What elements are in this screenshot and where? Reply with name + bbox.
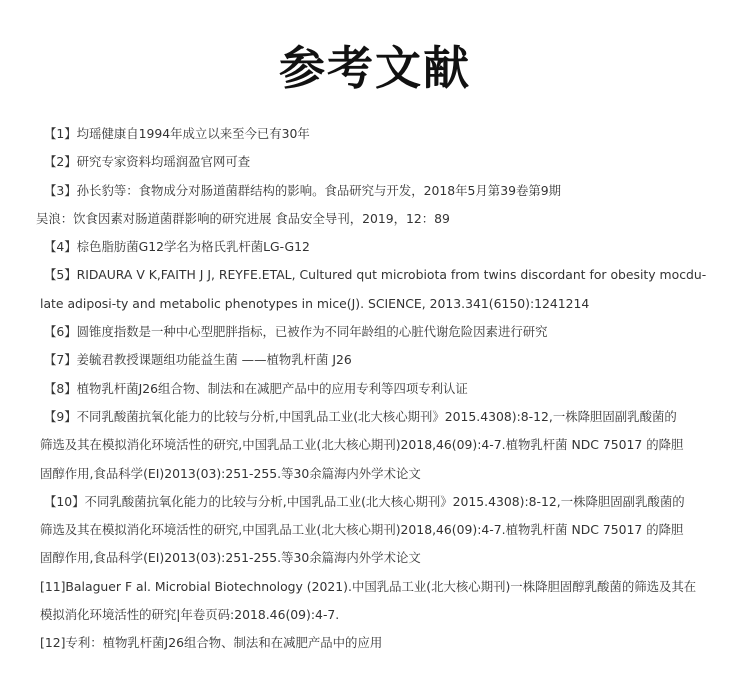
reference-line: late adiposi-ty and metabolic phenotypes… bbox=[40, 290, 710, 318]
reference-2: 【2】研究专家资料均瑶润盈官网可查 bbox=[44, 148, 710, 176]
reference-line: 【10】不同乳酸菌抗氧化能力的比较与分析,中国乳品工业(北大核心期刊》2015.… bbox=[44, 488, 710, 516]
reference-line: 固醇作用,食品科学(EI)2013(03):251-255.等30余篇海内外学术… bbox=[40, 460, 710, 488]
reference-9: 【9】不同乳酸菌抗氧化能力的比较与分析,中国乳品工业(北大核心期刊》2015.4… bbox=[44, 403, 710, 488]
reference-line: 【7】姜毓君教授课题组功能益生菌 ——植物乳杆菌 J26 bbox=[44, 346, 710, 374]
reference-line: 【6】圆锥度指数是一种中心型肥胖指标，已被作为不同年龄组的心脏代谢危险因素进行研… bbox=[44, 318, 710, 346]
reference-list: 【1】均瑶健康自1994年成立以来至今已有30年 【2】研究专家资料均瑶润盈官网… bbox=[44, 120, 710, 658]
reference-line: 模拟消化环境活性的研究|年卷页码:2018.46(09):4-7. bbox=[40, 601, 710, 629]
reference-3: 【3】孙长豹等：食物成分对肠道菌群结构的影响。食品研究与开发，2018年5月第3… bbox=[44, 177, 710, 234]
reference-line: 【2】研究专家资料均瑶润盈官网可查 bbox=[44, 148, 710, 176]
reference-12: [12]专利：植物乳杆菌J26组合物、制法和在减肥产品中的应用 bbox=[44, 629, 710, 657]
reference-line: 【1】均瑶健康自1994年成立以来至今已有30年 bbox=[44, 120, 710, 148]
reference-10: 【10】不同乳酸菌抗氧化能力的比较与分析,中国乳品工业(北大核心期刊》2015.… bbox=[44, 488, 710, 573]
reference-11: [11]Balaguer F al. Microbial Biotechnolo… bbox=[44, 573, 710, 630]
page-title: 参考文献 bbox=[0, 38, 750, 98]
reference-line: 固醇作用,食品科学(EI)2013(03):251-255.等30余篇海内外学术… bbox=[40, 544, 710, 572]
reference-1: 【1】均瑶健康自1994年成立以来至今已有30年 bbox=[44, 120, 710, 148]
reference-4: 【4】棕色脂肪菌G12学名为格氏乳杆菌LG-G12 bbox=[44, 233, 710, 261]
reference-line: 【8】植物乳杆菌J26组合物、制法和在减肥产品中的应用专利等四项专利认证 bbox=[44, 375, 710, 403]
reference-5: 【5】RIDAURA V K,FAITH J J, REYFE.ETAL, Cu… bbox=[44, 261, 710, 318]
reference-line: 【4】棕色脂肪菌G12学名为格氏乳杆菌LG-G12 bbox=[44, 233, 710, 261]
reference-line: 【5】RIDAURA V K,FAITH J J, REYFE.ETAL, Cu… bbox=[44, 261, 710, 289]
reference-line: [11]Balaguer F al. Microbial Biotechnolo… bbox=[40, 573, 710, 601]
reference-line: 吴浪：饮食因素对肠道菌群影响的研究进展 食品安全导刊，2019，12：89 bbox=[36, 205, 710, 233]
reference-line: 筛选及其在模拟消化环境活性的研究,中国乳品工业(北大核心期刊)2018,46(0… bbox=[40, 431, 710, 459]
reference-line: [12]专利：植物乳杆菌J26组合物、制法和在减肥产品中的应用 bbox=[40, 629, 710, 657]
reference-7: 【7】姜毓君教授课题组功能益生菌 ——植物乳杆菌 J26 bbox=[44, 346, 710, 374]
reference-line: 筛选及其在模拟消化环境活性的研究,中国乳品工业(北大核心期刊)2018,46(0… bbox=[40, 516, 710, 544]
reference-6: 【6】圆锥度指数是一种中心型肥胖指标，已被作为不同年龄组的心脏代谢危险因素进行研… bbox=[44, 318, 710, 346]
reference-line: 【3】孙长豹等：食物成分对肠道菌群结构的影响。食品研究与开发，2018年5月第3… bbox=[44, 177, 710, 205]
reference-8: 【8】植物乳杆菌J26组合物、制法和在减肥产品中的应用专利等四项专利认证 bbox=[44, 375, 710, 403]
reference-line: 【9】不同乳酸菌抗氧化能力的比较与分析,中国乳品工业(北大核心期刊》2015.4… bbox=[44, 403, 710, 431]
